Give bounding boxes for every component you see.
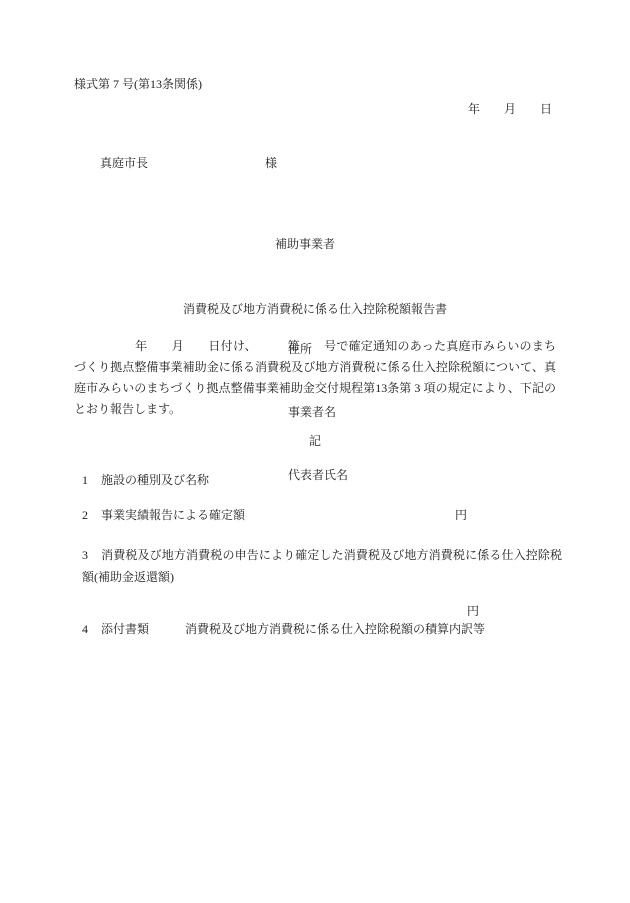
date-blank-line: 年 月 日 [74, 99, 556, 119]
item-4-detail: 消費税及び地方消費税に係る仕入控除税額の積算内訳等 [185, 622, 485, 636]
item-3-text: 消費税及び地方消費税の申告により確定した消費税及び地方消費税に係る仕入控除税額(… [82, 548, 562, 584]
addressee-line: 真庭市長様 [88, 133, 556, 193]
item-2-text: 事業実績報告による確定額 [101, 508, 245, 522]
item-2-unit-yen: 円 [455, 505, 467, 525]
item-3-unit-yen: 円 [467, 604, 479, 618]
item-4-text: 添付書類 [101, 622, 149, 636]
form-number: 様式第 7 号(第13条関係) [74, 74, 556, 94]
list-item-4: 4添付書類消費税及び地方消費税に係る仕入控除税額の積算内訳等 [74, 619, 556, 639]
addressee-title: 真庭市長 [100, 156, 148, 170]
item-4-number: 4 [82, 619, 101, 639]
document-page: 様式第 7 号(第13条関係) 年 月 日 真庭市長様 補助事業者 住所 事業者… [0, 0, 630, 903]
item-1-number: 1 [82, 470, 101, 490]
item-3-number: 3 [82, 544, 101, 566]
addressee-honorific: 様 [265, 156, 277, 170]
body-paragraph: 年 月 日付け、 第 号で確定通知のあった真庭市みらいのまちづくり拠点整備事業補… [74, 336, 556, 420]
document-title: 消費税及び地方消費税に係る仕入控除税額報告書 [74, 299, 556, 319]
applicant-heading: 補助事業者 [275, 234, 556, 255]
item-1-text: 施設の種別及び名称 [101, 473, 209, 487]
list-item-2: 2事業実績報告による確定額 円 [74, 505, 556, 525]
list-item-1: 1施設の種別及び名称 [74, 470, 556, 490]
item-2-number: 2 [82, 505, 101, 525]
record-marker: 記 [74, 431, 556, 451]
